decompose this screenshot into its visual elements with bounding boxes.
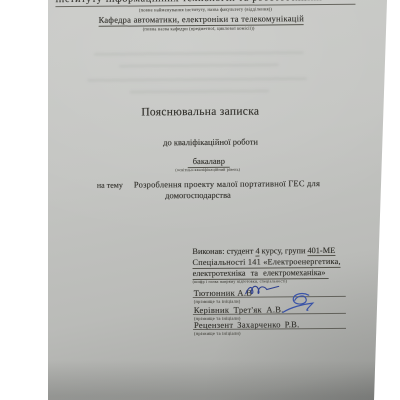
institute-caption: (повне найменування інституту, назва фак… (56, 6, 354, 13)
supervisor-signature-scribble (279, 291, 319, 315)
bleed-through-line (87, 77, 307, 82)
document-title: Пояснювальна записка (47, 105, 353, 119)
executed-by-line: Виконав: студент 4 курсу, групи 401-МЕ (192, 246, 335, 256)
group-code: 401-МЕ (307, 246, 335, 256)
department-caption: (повна назва кафедри (предметної, циклов… (99, 25, 299, 32)
topic-label: на тему (97, 181, 123, 190)
document-photo: інституту інформаційних технологій та ро… (0, 0, 400, 400)
student-signature-scribble (244, 283, 282, 296)
group-connector: курсу, групи (260, 246, 308, 255)
bleed-through-line (129, 89, 269, 93)
degree-caption: (освітньо-кваліфікаційний рівень) (148, 166, 268, 172)
topic-line1: Розроблення проекту малої портативної ГЕ… (134, 178, 320, 189)
document-subtitle: до кваліфікаційної роботи (48, 136, 374, 149)
topic-line2: домогосподарства (48, 189, 348, 201)
title-page: інституту інформаційних технологій та ро… (0, 0, 400, 400)
executed-prefix: Виконав: студент (192, 247, 255, 256)
reviewer-signature-line (193, 328, 346, 330)
bleed-through-line (119, 63, 279, 67)
reviewer-name-caption: (прізвище та ініціали) (194, 331, 241, 336)
supervisor-signature-line (193, 313, 346, 315)
student-name-caption: (прізвище та ініціали) (194, 299, 241, 304)
bleed-through-line (94, 51, 304, 56)
